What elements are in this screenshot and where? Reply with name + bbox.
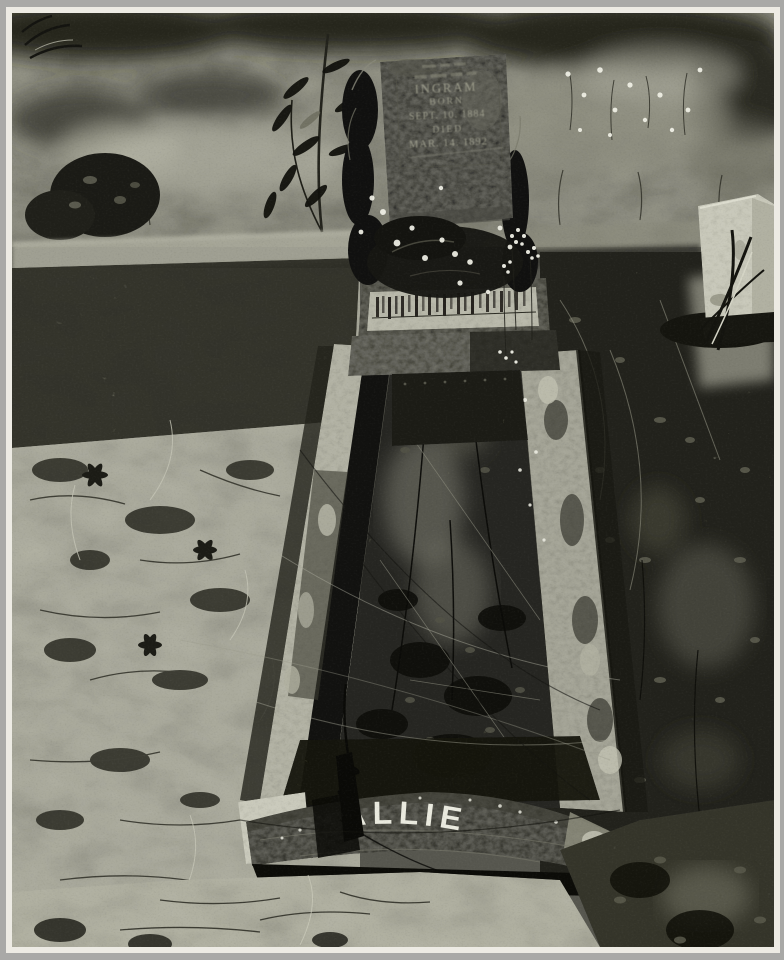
photo: INGRAM BORN SEPT. 10. 1884 DIED MAR. 14.… <box>0 0 784 960</box>
film-grain-dark <box>12 13 774 947</box>
photograph: INGRAM BORN SEPT. 10. 1884 DIED MAR. 14.… <box>0 0 784 954</box>
